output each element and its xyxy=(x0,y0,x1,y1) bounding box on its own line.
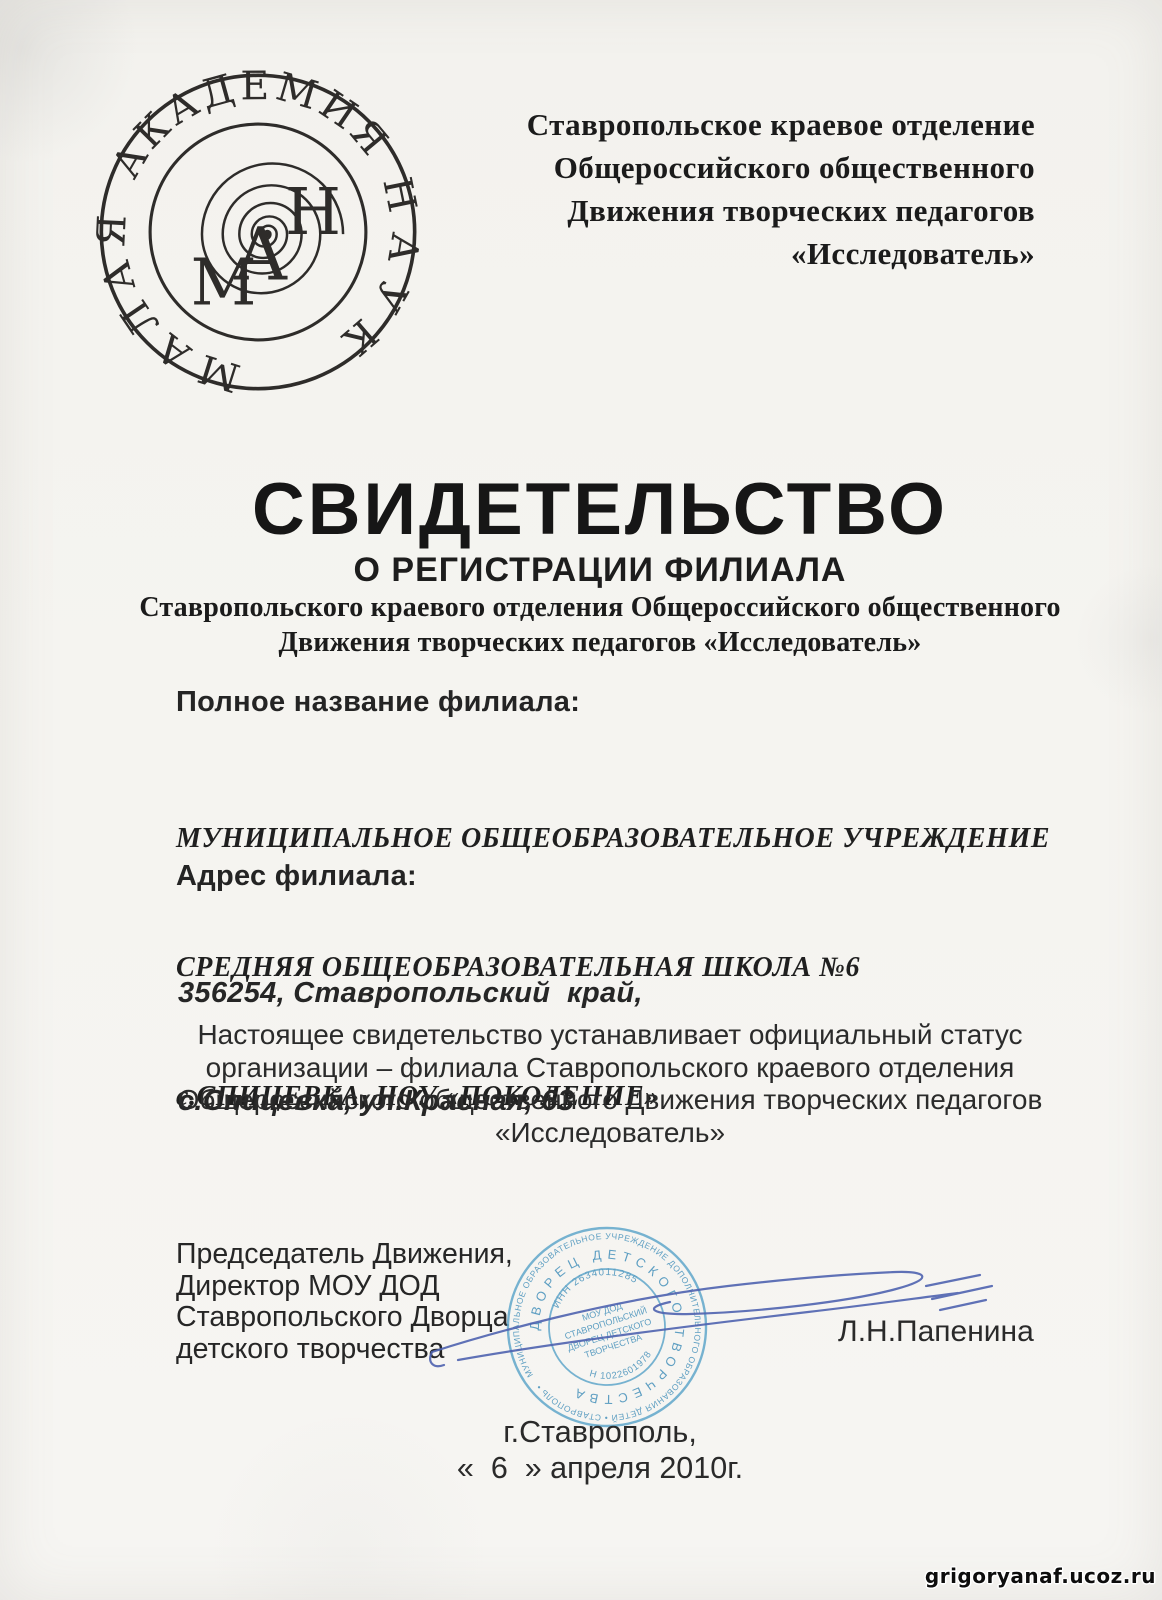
site-watermark: grigoryanaf.ucoz.ru xyxy=(925,1564,1156,1588)
document-subtitle: О РЕГИСТРАЦИИ ФИЛИАЛА xyxy=(40,551,1160,590)
statement-paragraph: Настоящее свидетельство устанавливает оф… xyxy=(40,1019,1162,1149)
org-header-line: Движения творческих педагогов xyxy=(395,189,1035,232)
title-org-line: Ставропольского краевого отделения Общер… xyxy=(40,592,1160,624)
date-line: « 6 » апреля 2010г. xyxy=(40,1451,1160,1486)
branch-address-label: Адрес филиала: xyxy=(176,860,417,893)
statement-line: Общероссийского общественного Движения т… xyxy=(40,1084,1162,1117)
signature-stroke xyxy=(926,1275,992,1310)
signer-name: Л.Н.Папенина xyxy=(838,1315,1034,1349)
org-header-line: «Исследователь» xyxy=(395,232,1035,275)
title-org-line: Движения творческих педагогов «Исследова… xyxy=(40,627,1160,659)
man-logo-emblem: АКАДЕМИЯ НАУК МАЛАЯ М А Н xyxy=(92,66,424,398)
organization-header: Ставропольское краевое отделение Общерос… xyxy=(395,103,1035,275)
handwritten-signature xyxy=(428,1248,1028,1378)
branch-address-line: 356254, Ставропольский край, xyxy=(178,975,643,1011)
certificate-document: АКАДЕМИЯ НАУК МАЛАЯ М А Н Ставропольское… xyxy=(0,0,1162,1600)
place-line: г.Ставрополь, xyxy=(40,1415,1160,1450)
statement-line: Настоящее свидетельство устанавливает оф… xyxy=(40,1019,1162,1052)
signature-stroke xyxy=(430,1352,444,1366)
branch-name-label: Полное название филиала: xyxy=(176,686,580,719)
org-header-line: Ставропольское краевое отделение xyxy=(395,103,1035,146)
logo-monogram-n: Н xyxy=(285,175,341,250)
org-header-line: Общероссийского общественного xyxy=(395,146,1035,189)
branch-name-line: МУНИЦИПАЛЬНОЕ ОБЩЕОБРАЗОВАТЕЛЬНОЕ УЧРЕЖД… xyxy=(176,817,1050,860)
statement-line: организации – филиала Ставропольского кр… xyxy=(40,1052,1162,1085)
document-title: СВИДЕТЕЛЬСТВО xyxy=(40,468,1160,551)
logo-monogram-a: А xyxy=(233,214,288,298)
statement-line: «Исследователь» xyxy=(40,1117,1162,1150)
man-academy-logo: АКАДЕМИЯ НАУК МАЛАЯ М А Н xyxy=(92,66,424,398)
